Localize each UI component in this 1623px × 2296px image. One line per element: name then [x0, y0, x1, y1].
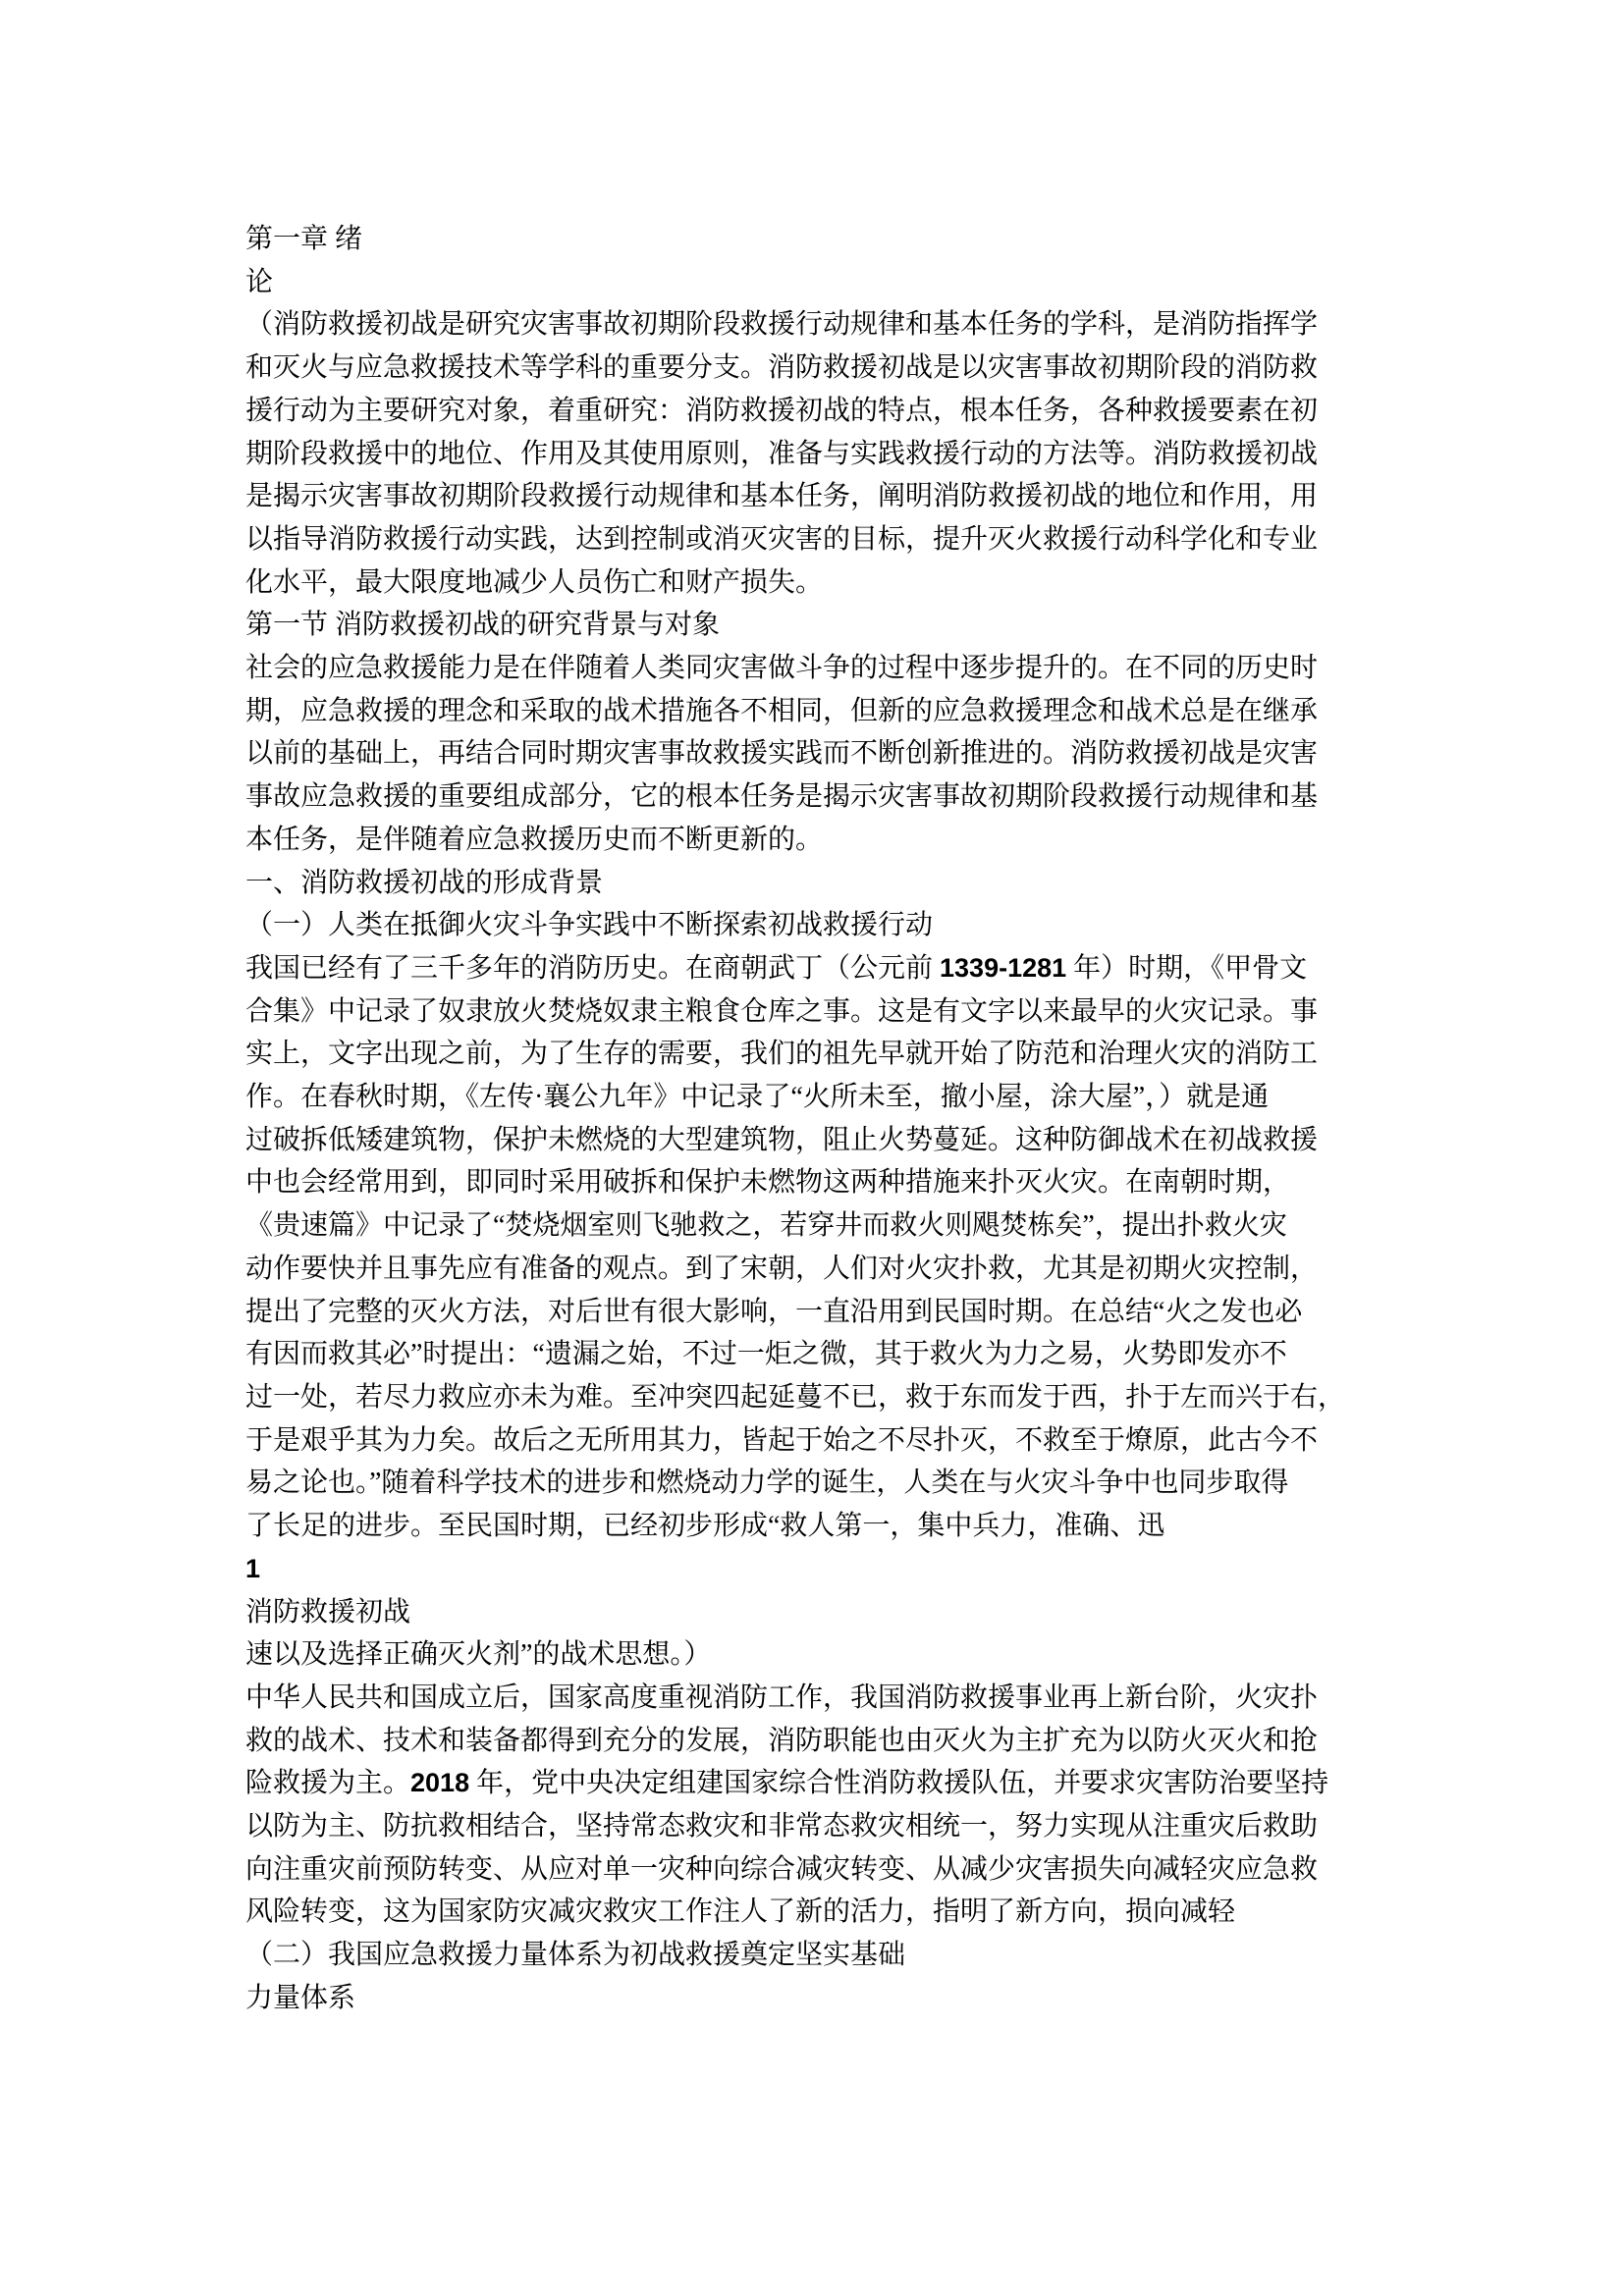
body-text: 于是艰乎其为力矣。故后之无所用其力，皆起于始之不尽扑灭，不救至于燎原，此古今不 [245, 1419, 1367, 1463]
body-text: 《贵速篇》中记录了“焚烧烟室则飞驰救之，若穿井而救火则飓焚栋矣”，提出扑救火灾 [245, 1204, 1367, 1248]
body-text: 提出了完整的灭火方法，对后世有很大影响，一直沿用到民国时期。在总结“火之发也必 [245, 1291, 1367, 1334]
body-text: 风险转变，这为国家防灾减灾救灾工作注人了新的活力，指明了新方向，损向减轻 [245, 1891, 1367, 1934]
body-text: 有因而救其必”时提出：“遗漏之始，不过一炬之微，其于救火为力之易，火势即发亦不 [245, 1333, 1367, 1376]
body-text: 过破拆低矮建筑物，保护未燃烧的大型建筑物，阻止火势蔓延。这种防御战术在初战救援 [245, 1119, 1367, 1162]
body-text: 和灭火与应急救援技术等学科的重要分支。消防救援初战是以灾害事故初期阶段的消防救 [245, 347, 1367, 390]
body-text: 社会的应急救援能力是在伴随着人类同灾害做斗争的过程中逐步提升的。在不同的历史时 [245, 647, 1367, 690]
body-text: 救的战术、技术和装备都得到充分的发展，消防职能也由灭火为主扩充为以防火灭火和抢 [245, 1720, 1367, 1763]
body-text: 过一处，若尽力救应亦未为难。至冲突四起延蔓不已，救于东而发于西，扑于左而兴于右， [245, 1376, 1367, 1419]
document-page: 第一章 绪论（消防救援初战是研究灾害事故初期阶段救援行动规律和基本任务的学科，是… [0, 0, 1623, 2296]
body-text: 中也会经常用到，即同时采用破拆和保护未燃物这两种措施来扑灭火灾。在南朝时期， [245, 1161, 1367, 1204]
body-text: 期，应急救援的理念和采取的战术措施各不相同，但新的应急救援理念和战术总是在继承 [245, 690, 1367, 733]
page-number: 1 [245, 1548, 1367, 1591]
body-text: （消防救援初战是研究灾害事故初期阶段救援行动规律和基本任务的学科，是消防指挥学 [245, 303, 1367, 347]
body-text: 事故应急救援的重要组成部分，它的根本任务是揭示灾害事故初期阶段救援行动规律和基 [245, 775, 1367, 819]
body-text: 作。在春秋时期，《左传·襄公九年》中记录了“火所未至，撤小屋，涂大屋”，）就是通 [245, 1076, 1367, 1119]
body-text: 中华人民共和国成立后，国家高度重视消防工作，我国消防救援事业再上新台阶，火灾扑 [245, 1677, 1367, 1720]
body-text: 险救援为主。2018 年，党中央决定组建国家综合性消防救援队伍，并要求灾害防治要… [245, 1762, 1367, 1805]
chapter-heading: 论 [245, 261, 1367, 304]
document-body: 第一章 绪论（消防救援初战是研究灾害事故初期阶段救援行动规律和基本任务的学科，是… [245, 218, 1367, 2020]
body-text: 援行动为主要研究对象，着重研究：消防救援初战的特点，根本任务，各种救援要素在初 [245, 390, 1367, 433]
body-text: 合集》中记录了奴隶放火焚烧奴隶主粮食仓库之事。这是有文字以来最早的火灾记录。事 [245, 990, 1367, 1034]
body-text: 我国已经有了三千多年的消防历史。在商朝武丁（公元前 1339-1281 年）时期… [245, 947, 1367, 990]
running-header: 消防救援初战 [245, 1591, 1367, 1634]
body-text: 向注重灾前预防转变、从应对单一灾种向综合减灾转变、从减少灾害损失向减轻灾应急救 [245, 1848, 1367, 1892]
section-heading: 第一节 消防救援初战的研究背景与对象 [245, 604, 1367, 647]
body-text: 以防为主、防抗救相结合，坚持常态救灾和非常态救灾相统一，努力实现从注重灾后救助 [245, 1805, 1367, 1848]
sub-heading: （二）我国应急救援力量体系为初战救援奠定坚实基础 [245, 1934, 1367, 1977]
body-text: 是揭示灾害事故初期阶段救援行动规律和基本任务，阐明消防救援初战的地位和作用，用 [245, 475, 1367, 518]
body-text: 期阶段救援中的地位、作用及其使用原则，准备与实践救援行动的方法等。消防救援初战 [245, 433, 1367, 476]
body-text: 易之论也。”随着科学技术的进步和燃烧动力学的诞生，人类在与火灾斗争中也同步取得 [245, 1462, 1367, 1505]
sub-heading: （一）人类在抵御火灾斗争实践中不断探索初战救援行动 [245, 904, 1367, 947]
body-text: 实上，文字出现之前，为了生存的需要，我们的祖先早就开始了防范和治理火灾的消防工 [245, 1033, 1367, 1076]
body-text: 以指导消防救援行动实践，达到控制或消灭灾害的目标，提升灭火救援行动科学化和专业 [245, 518, 1367, 561]
body-text: 了长足的进步。至民国时期，已经初步形成“救人第一，集中兵力，准确、迅 [245, 1505, 1367, 1548]
body-text: 本任务，是伴随着应急救援历史而不断更新的。 [245, 819, 1367, 862]
body-text: 速以及选择正确灭火剂”的战术思想。） [245, 1633, 1367, 1677]
body-text: 力量体系 [245, 1977, 1367, 2020]
sub-heading: 一、消防救援初战的形成背景 [245, 862, 1367, 905]
chapter-heading: 第一章 绪 [245, 218, 1367, 261]
body-text: 动作要快并且事先应有准备的观点。到了宋朝，人们对火灾扑救，尤其是初期火灾控制， [245, 1248, 1367, 1291]
body-text: 以前的基础上，再结合同时期灾害事故救援实践而不断创新推进的。消防救援初战是灾害 [245, 732, 1367, 775]
body-text: 化水平，最大限度地减少人员伤亡和财产损失。 [245, 561, 1367, 605]
